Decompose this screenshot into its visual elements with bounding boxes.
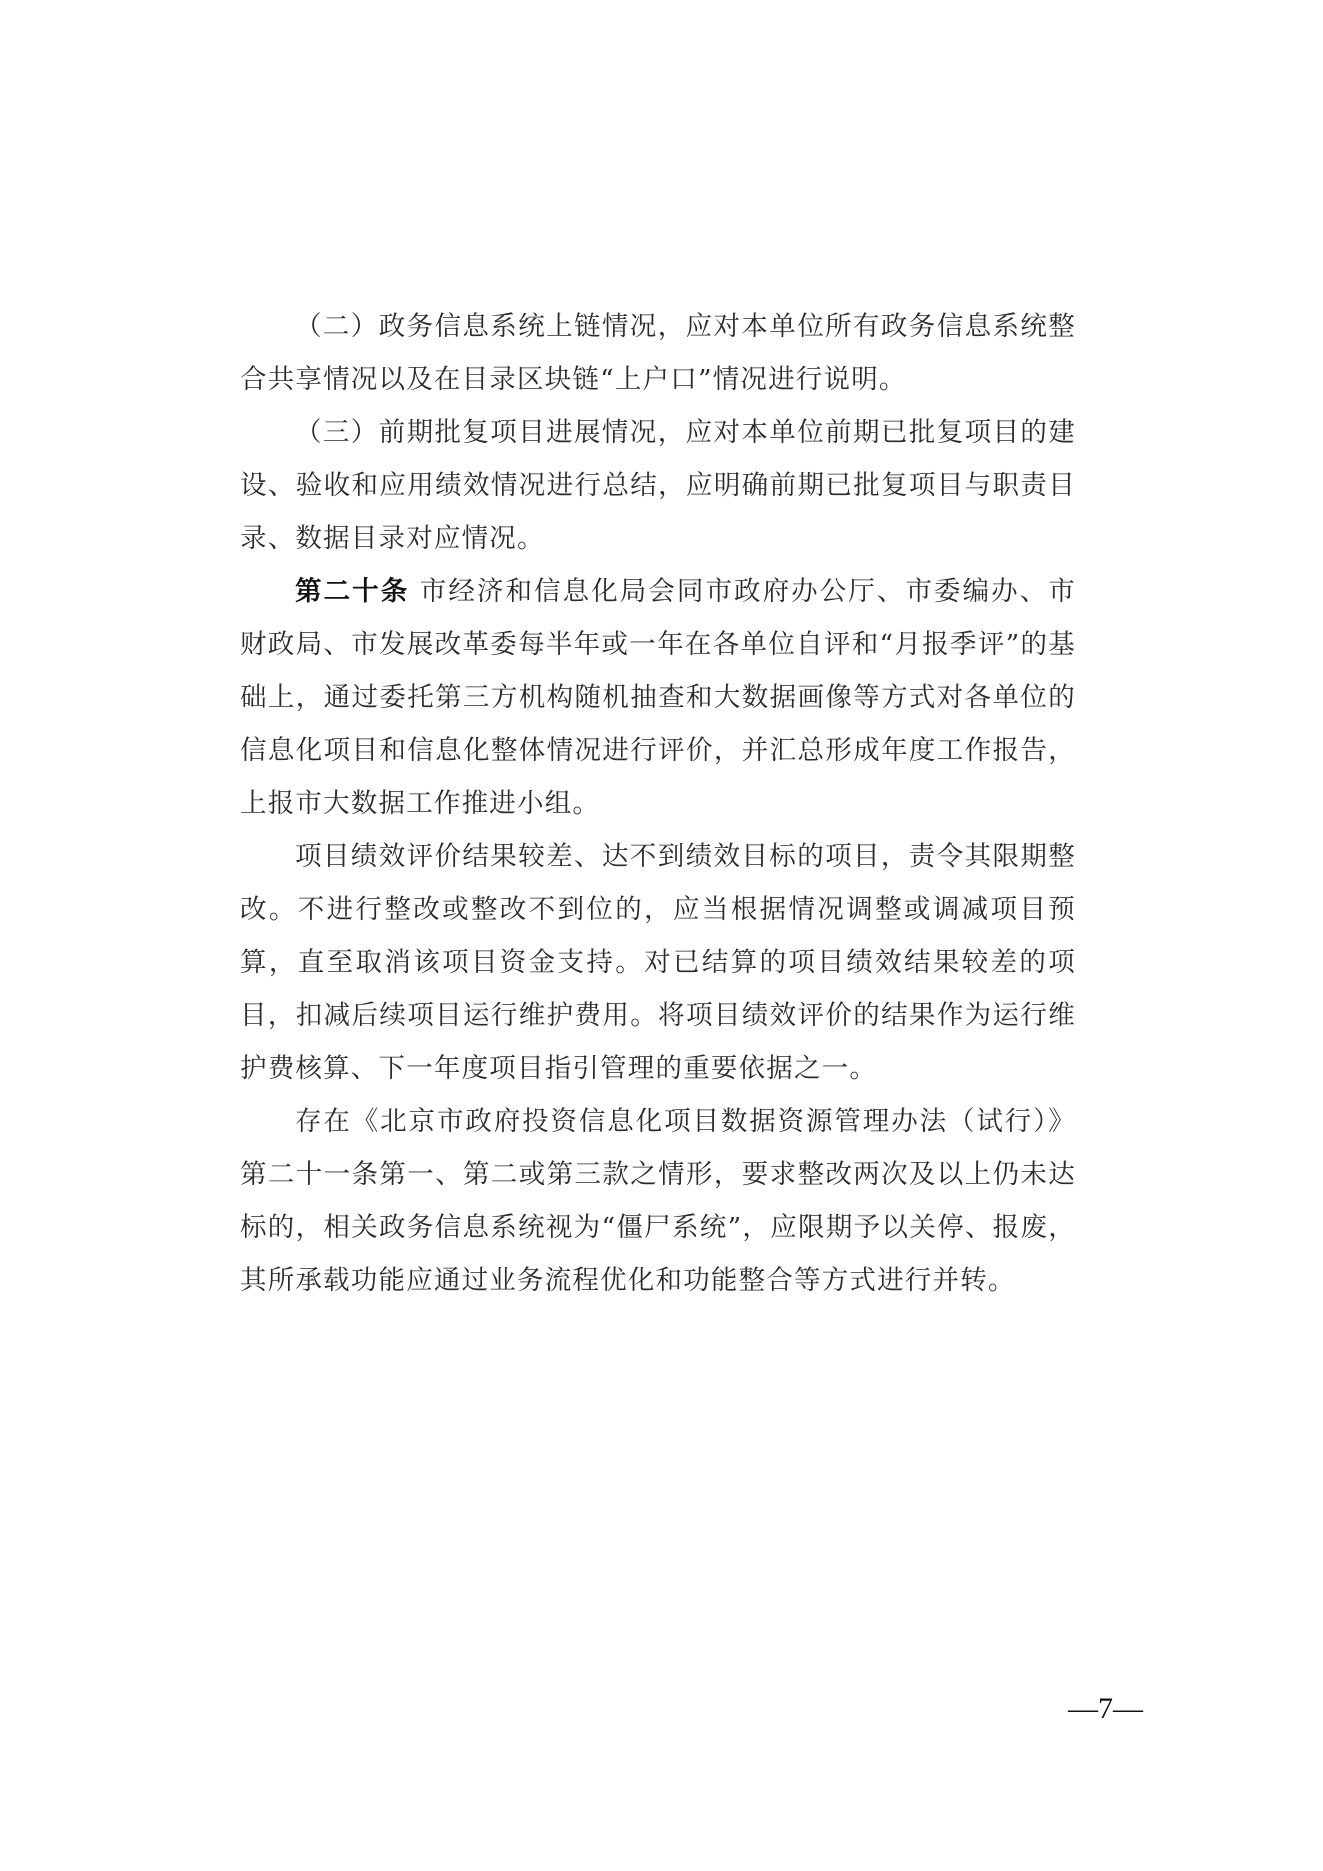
page-number: —7— (1068, 1692, 1143, 1726)
paragraph-approved-projects-progress: （三）前期批复项目进展情况，应对本单位前期已批复项目的建设、验收和应用绩效情况进… (240, 406, 1076, 565)
article-heading: 第二十条 (295, 576, 409, 607)
paragraph-system-onchain: （二）政务信息系统上链情况，应对本单位所有政务信息系统整合共享情况以及在目录区块… (240, 300, 1076, 406)
article-text: 市经济和信息化局会同市政府办公厅、市委编办、市财政局、市发展改革委每半年或一年在… (240, 576, 1076, 819)
paragraph-article-20: 第二十条 市经济和信息化局会同市政府办公厅、市委编办、市财政局、市发展改革委每半… (240, 565, 1076, 830)
paragraph-zombie-systems: 存在《北京市政府投资信息化项目数据资源管理办法（试行）》第二十一条第一、第二或第… (240, 1095, 1076, 1307)
document-body: （二）政务信息系统上链情况，应对本单位所有政务信息系统整合共享情况以及在目录区块… (240, 300, 1076, 1307)
paragraph-performance-evaluation: 项目绩效评价结果较差、达不到绩效目标的项目，责令其限期整改。不进行整改或整改不到… (240, 830, 1076, 1095)
